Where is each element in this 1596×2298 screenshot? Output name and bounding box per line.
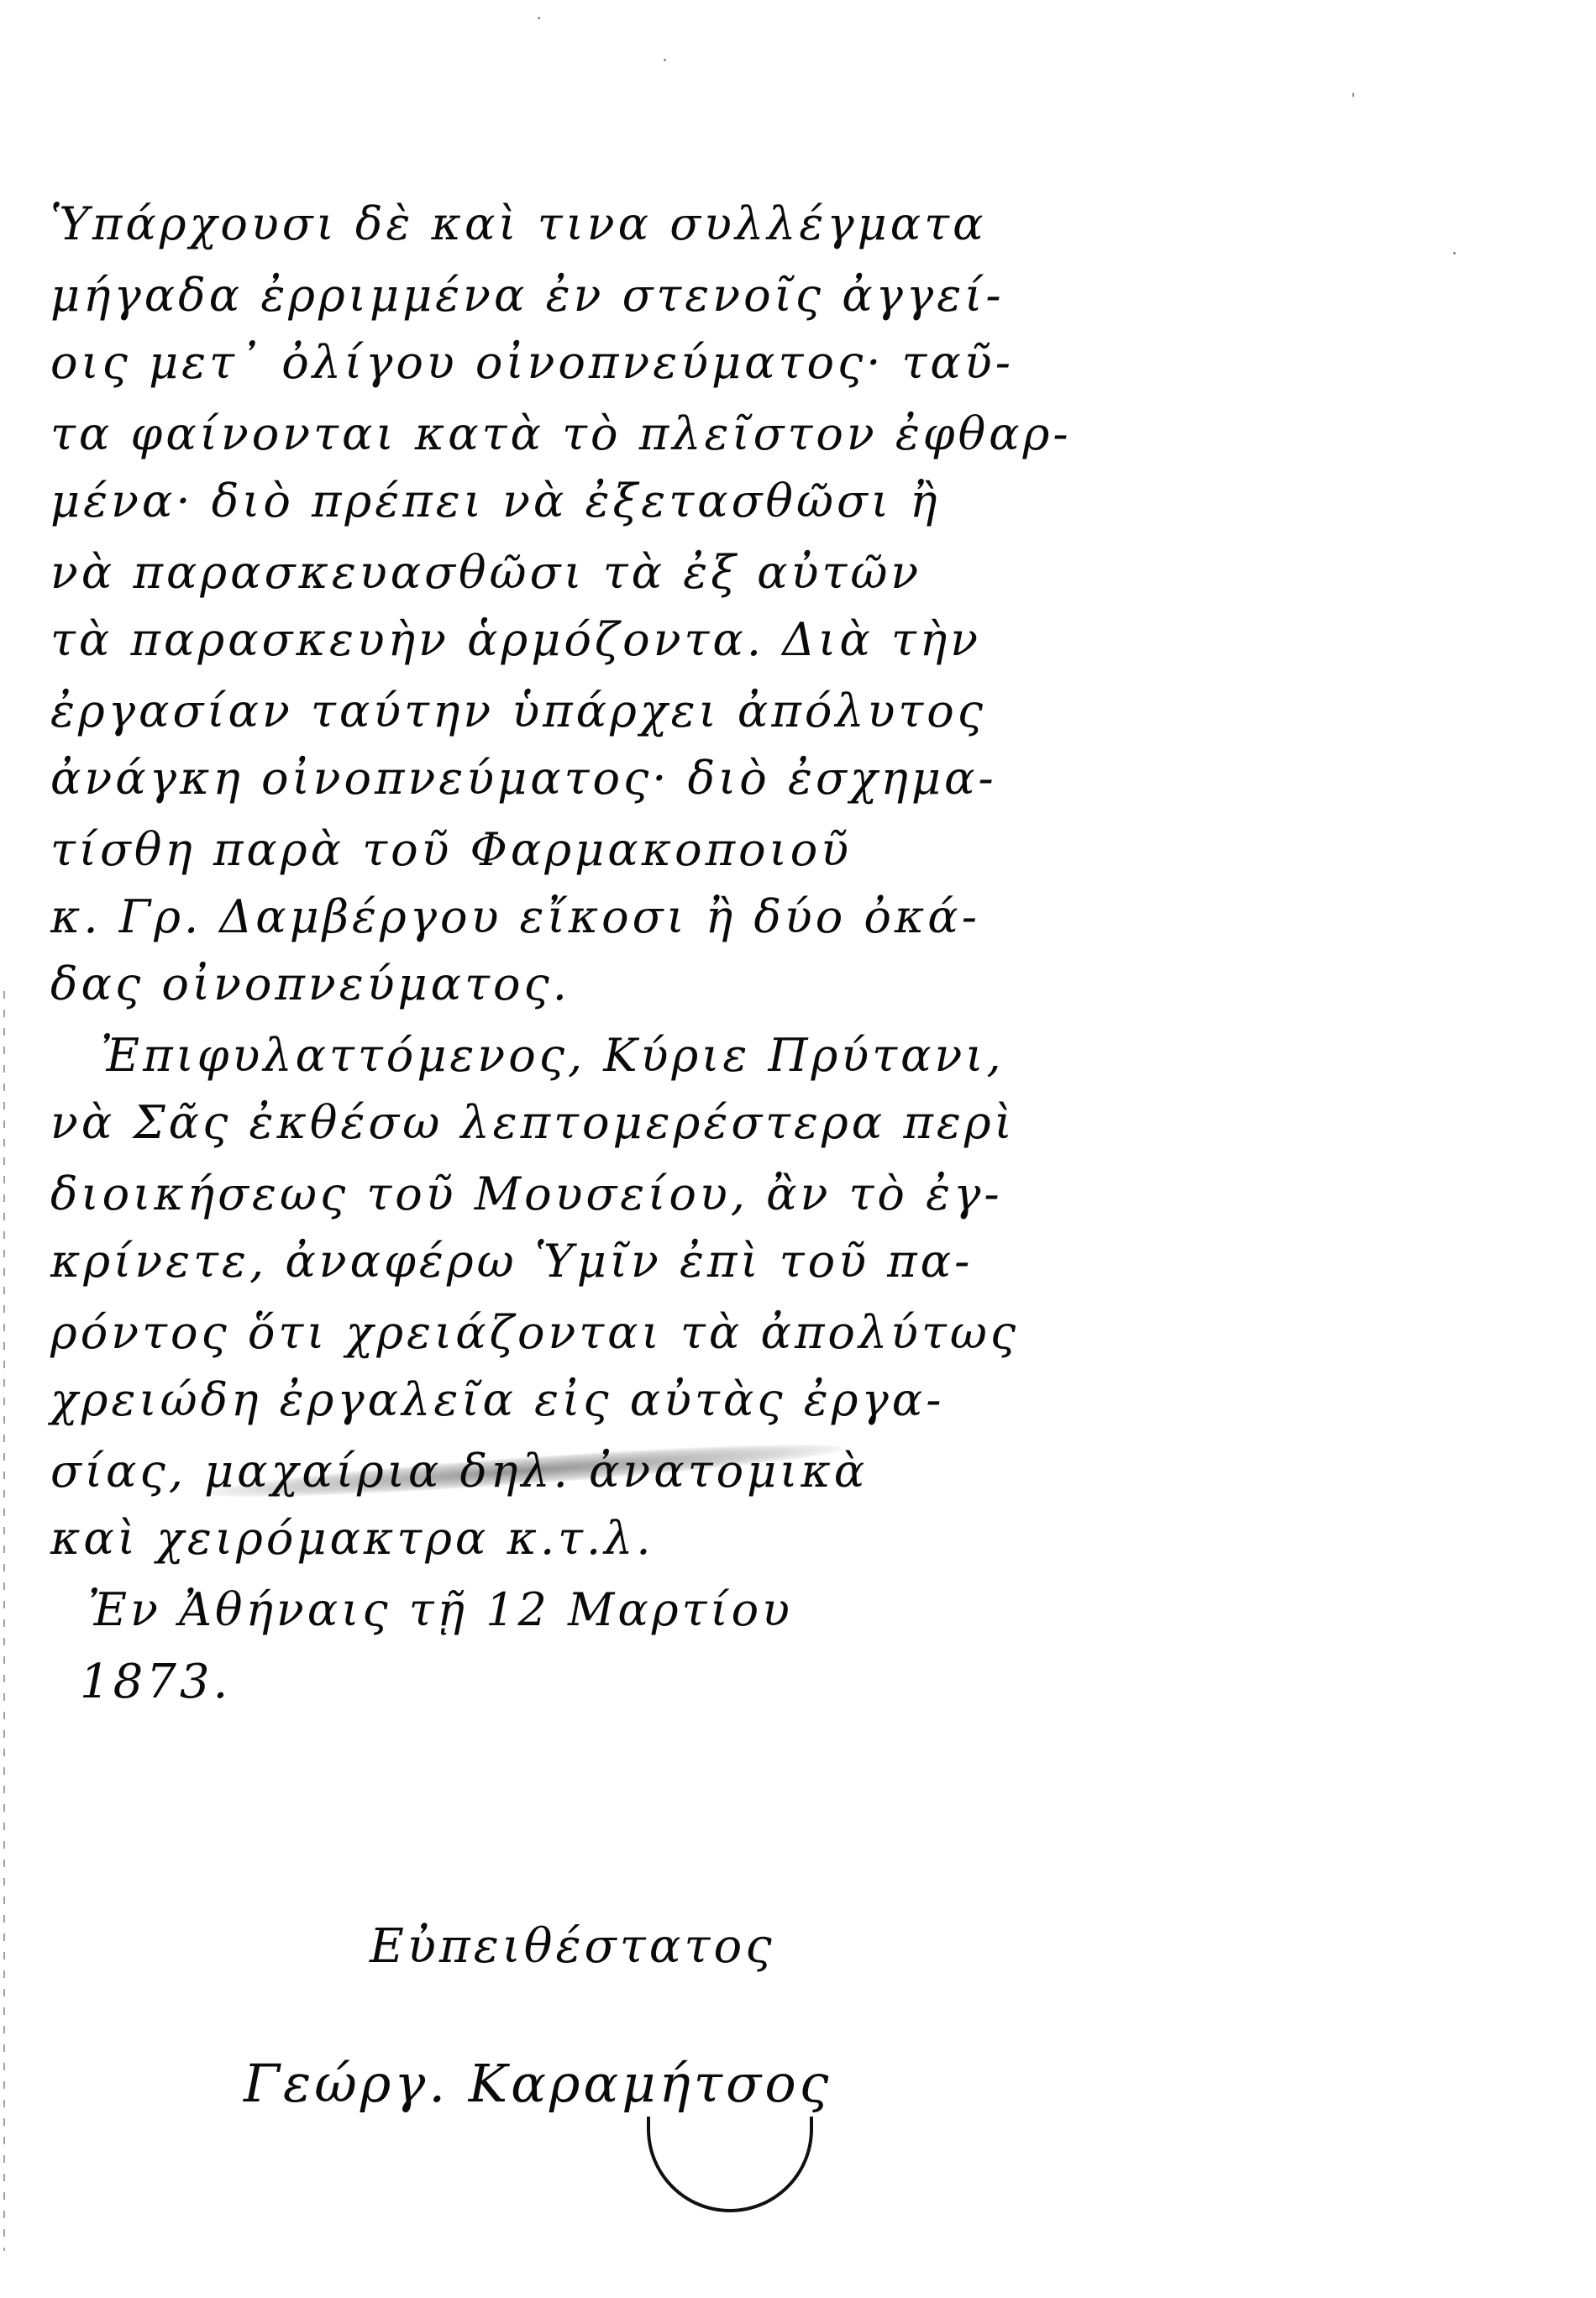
scan-speck	[1453, 252, 1456, 254]
left-margin-dotted-edge	[3, 991, 5, 2251]
letter-line-9: ἀνάγκη οἰνοπνεύματος· διὸ ἐσχημα-	[50, 756, 997, 801]
signature: Γεώργ. Καραμήτσος	[244, 2058, 832, 2110]
closing-salutation: Εὐπειθέστατος	[370, 1923, 775, 1970]
letter-line-16: κρίνετε, ἀναφέρω Ὑμῖν ἐπὶ τοῦ πα-	[50, 1239, 973, 1284]
letter-line-15: διοικήσεως τοῦ Μουσείου, ἂν τὸ ἐγ-	[50, 1172, 1003, 1217]
letter-line-3: οις μετ᾽ ὀλίγου οἰνοπνεύματος· ταῦ-	[50, 340, 1014, 386]
letter-line-6: νὰ παρασκευασθῶσι τὰ ἐξ αὐτῶν	[50, 550, 921, 595]
letter-line-12: δας οἰνοπνεύματος.	[50, 962, 570, 1007]
letter-line-7: τὰ παρασκευὴν ἁρμόζοντα. Διὰ τὴν	[50, 617, 981, 663]
scanned-letter-page: Ὑπάρχουσι δὲ καὶ τινα συλλέγματα μήγαδα …	[0, 0, 1596, 2298]
letter-line-11: κ. Γρ. Δαμβέργου εἴκοσι ἢ δύο ὀκά-	[50, 895, 980, 940]
letter-line-8: ἐργασίαν ταύτην ὑπάρχει ἀπόλυτος	[50, 689, 986, 734]
letter-line-5: μένα· διὸ πρέπει νὰ ἐξετασθῶσι ἢ	[50, 479, 941, 524]
scan-speck	[664, 59, 666, 61]
year-line: 1873.	[80, 1659, 231, 1706]
letter-line-18: χρειώδη ἐργαλεῖα εἰς αὐτὰς ἐργα-	[50, 1377, 944, 1423]
signature-flourish	[647, 2117, 813, 2212]
scan-speck	[538, 17, 540, 19]
letter-line-19: σίας, μαχαίρια δηλ. ἀνατομικὰ	[50, 1449, 868, 1494]
letter-line-17: ρόντος ὅτι χρειάζονται τὰ ἀπολύτως	[50, 1310, 1019, 1356]
letter-line-2: μήγαδα ἐρριμμένα ἐν στενοῖς ἀγγεί-	[50, 273, 1005, 318]
letter-line-20: καὶ χειρόμακτρα κ.τ.λ.	[50, 1516, 654, 1561]
letter-line-14: νὰ Σᾶς ἐκθέσω λεπτομερέστερα περὶ	[50, 1100, 1016, 1146]
date-line: Ἐν Ἀθήναις τῇ 12 Μαρτίου	[88, 1587, 793, 1633]
scan-speck	[1352, 92, 1354, 97]
letter-line-13: Ἐπιφυλαττόμενος, Κύριε Πρύτανι,	[101, 1033, 1005, 1078]
letter-line-4: τα φαίνονται κατὰ τὸ πλεῖστον ἐφθαρ-	[50, 412, 1072, 457]
letter-line-1: Ὑπάρχουσι δὲ καὶ τινα συλλέγματα	[50, 202, 987, 247]
letter-line-10: τίσθη παρὰ τοῦ Φαρμακοποιοῦ	[50, 827, 852, 873]
